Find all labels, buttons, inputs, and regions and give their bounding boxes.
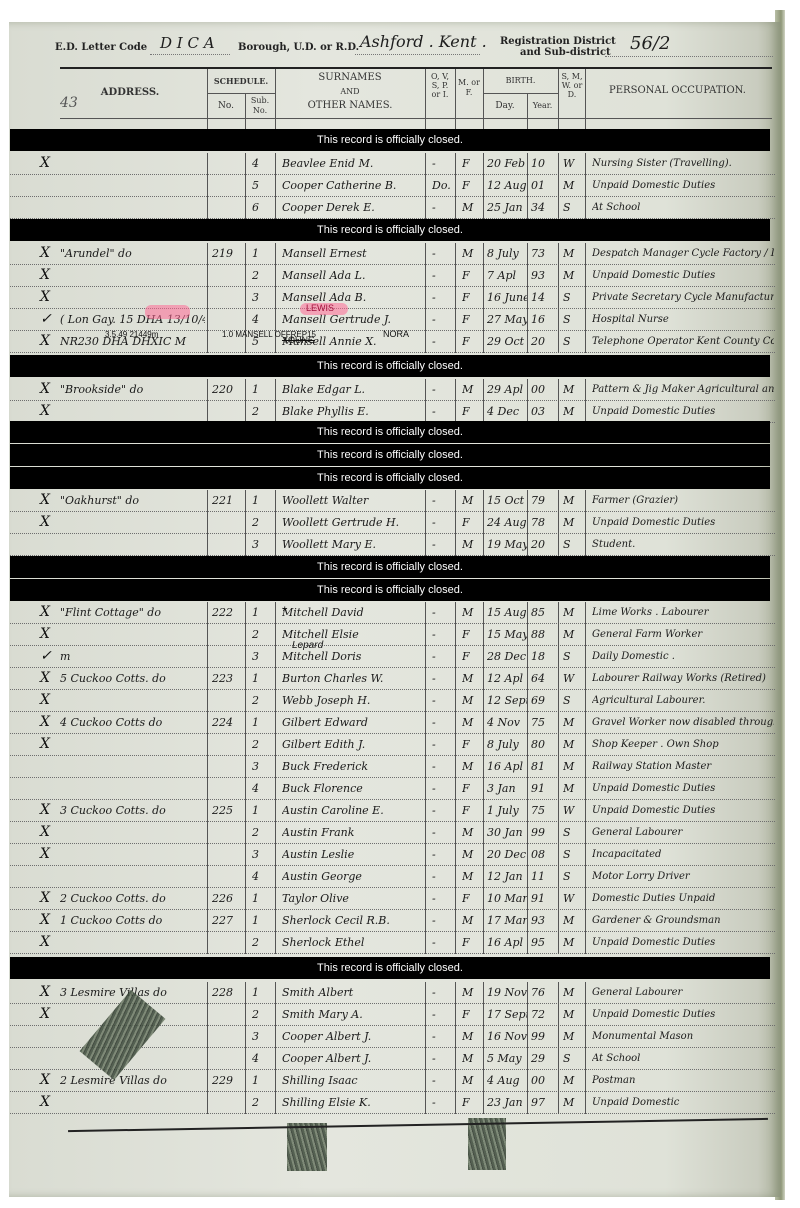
col-divider — [527, 1026, 528, 1048]
cell-no: 225 — [212, 800, 244, 822]
col-divider — [425, 175, 426, 197]
col-divider — [275, 534, 276, 556]
table-row: 2Sherlock Ethel-F16 Apl95MUnpaid Domesti… — [10, 932, 775, 954]
cell-name: Shilling Elsie K. — [282, 1092, 424, 1114]
col-divider — [585, 512, 586, 534]
cell-name: Blake Edgar L. — [282, 379, 424, 401]
cell-no — [212, 534, 244, 556]
cell-year: 75 — [531, 800, 557, 822]
cell-no — [212, 175, 244, 197]
col-divider — [275, 822, 276, 844]
cell-address: "Arundel" do — [60, 243, 205, 265]
col-divider — [275, 734, 276, 756]
cell-address: 4 Cuckoo Cotts do — [60, 712, 205, 734]
col-divider — [245, 778, 246, 800]
cell-year: 11 — [531, 866, 557, 888]
cell-occ: Incapacitated — [592, 844, 774, 866]
cell-mf: F — [462, 512, 482, 534]
col-divider — [275, 379, 276, 401]
col-divider — [455, 646, 456, 668]
col-divider — [558, 822, 559, 844]
closed-record-bar: This record is officially closed. — [10, 556, 770, 578]
col-divider — [455, 197, 456, 219]
col-divider — [585, 1026, 586, 1048]
col-divider — [483, 910, 484, 932]
col-divider — [275, 888, 276, 910]
cell-smwd: M — [563, 932, 585, 954]
col-divider — [483, 624, 484, 646]
cell-address — [60, 690, 205, 712]
cell-day: 12 Sept — [487, 690, 527, 712]
col-divider — [455, 690, 456, 712]
cell-name: Webb Joseph H. — [282, 690, 424, 712]
cell-day: 12 Jan — [487, 866, 527, 888]
cell-o: - — [432, 512, 454, 534]
reg-dots — [605, 56, 773, 57]
col-divider — [455, 512, 456, 534]
col-divider — [455, 734, 456, 756]
cell-no — [212, 624, 244, 646]
col-divider — [585, 265, 586, 287]
col-divider — [585, 822, 586, 844]
cell-mf: M — [462, 844, 482, 866]
col-divider — [425, 197, 426, 219]
cell-no: 221 — [212, 490, 244, 512]
borough-dots — [355, 54, 480, 55]
col-divider — [245, 265, 246, 287]
col-divider — [585, 800, 586, 822]
cell-no — [212, 153, 244, 175]
cell-year: 14 — [531, 287, 557, 309]
col-divider — [483, 778, 484, 800]
cell-year: 79 — [531, 490, 557, 512]
col-divider — [527, 888, 528, 910]
cell-mf: M — [462, 756, 482, 778]
col-divider — [527, 910, 528, 932]
cell-name: Smith Mary A. — [282, 1004, 424, 1026]
col-divider — [483, 331, 484, 353]
closed-record-bar: This record is officially closed. — [10, 467, 770, 489]
col-divider — [425, 778, 426, 800]
cell-year: 20 — [531, 534, 557, 556]
cell-smwd: S — [563, 646, 585, 668]
col-divider — [245, 512, 246, 534]
col-divider — [207, 1048, 208, 1070]
cell-mf: F — [462, 932, 482, 954]
checkmark-icon: X — [40, 267, 50, 283]
col-divider — [558, 866, 559, 888]
cell-mf: M — [462, 866, 482, 888]
cell-smwd: M — [563, 1026, 585, 1048]
cell-occ: General Labourer — [592, 822, 774, 844]
cell-address — [60, 932, 205, 954]
cell-occ: Nursing Sister (Travelling). — [592, 153, 774, 175]
cell-o: - — [432, 624, 454, 646]
cell-smwd: M — [563, 379, 585, 401]
col-divider — [207, 800, 208, 822]
checkmark-icon: X — [40, 1072, 50, 1088]
col-smwd: S, M, W. or D. — [560, 72, 584, 99]
col-divider — [585, 712, 586, 734]
annot-lepard: Lepard — [292, 640, 323, 651]
col-divider — [558, 175, 559, 197]
col-divider — [425, 602, 426, 624]
cell-smwd: M — [563, 712, 585, 734]
col-divider — [585, 197, 586, 219]
col-divider — [425, 624, 426, 646]
cell-smwd: S — [563, 534, 585, 556]
cell-name: Buck Florence — [282, 778, 424, 800]
cell-occ: Motor Lorry Driver — [592, 866, 774, 888]
col-divider — [245, 646, 246, 668]
cell-o: - — [432, 756, 454, 778]
col-divider — [207, 175, 208, 197]
cell-no — [212, 646, 244, 668]
cell-day: 4 Nov — [487, 712, 527, 734]
col-divider — [527, 1004, 528, 1026]
col-divider — [425, 534, 426, 556]
col-divider — [527, 712, 528, 734]
col-divider — [558, 910, 559, 932]
cell-year: 29 — [531, 1048, 557, 1070]
checkmark-icon: ✓ — [40, 311, 52, 327]
col-divider — [275, 668, 276, 690]
col-divider — [483, 1070, 484, 1092]
col-divider — [275, 844, 276, 866]
cell-smwd: S — [563, 197, 585, 219]
closed-record-bar: This record is officially closed. — [10, 957, 770, 979]
col-divider — [425, 69, 426, 129]
cell-name: Shilling Isaac — [282, 1070, 424, 1092]
col-divider — [425, 490, 426, 512]
col-divider — [245, 888, 246, 910]
checkmark-icon: X — [40, 1006, 50, 1022]
cell-name: Gilbert Edward — [282, 712, 424, 734]
table-row: 3Austin Leslie-M20 Dec08SIncapacitatedX — [10, 844, 775, 866]
col-divider — [207, 866, 208, 888]
checkmark-icon: X — [40, 155, 50, 171]
col-divider — [245, 197, 246, 219]
cell-name: Mansell Ernest — [282, 243, 424, 265]
cell-mf: M — [462, 822, 482, 844]
col-divider — [245, 243, 246, 265]
cell-sub: 2 — [252, 401, 274, 423]
col-divider — [455, 1004, 456, 1026]
cell-year: 73 — [531, 243, 557, 265]
closed-record-bar: This record is officially closed. — [10, 579, 770, 601]
cell-sub: 1 — [252, 602, 274, 624]
cell-name: Austin Caroline E. — [282, 800, 424, 822]
cell-o: - — [432, 331, 454, 353]
cell-sub: 1 — [252, 910, 274, 932]
col-divider — [207, 1092, 208, 1114]
col-divider — [207, 265, 208, 287]
cell-address — [60, 756, 205, 778]
cell-no: 224 — [212, 712, 244, 734]
cell-occ: Unpaid Domestic Duties — [592, 778, 774, 800]
col-divider — [527, 690, 528, 712]
cell-smwd: M — [563, 1070, 585, 1092]
cell-no — [212, 734, 244, 756]
col-divider — [425, 287, 426, 309]
cell-day: 16 Apl — [487, 932, 527, 954]
cell-mf: F — [462, 888, 482, 910]
col-divider — [455, 910, 456, 932]
col-divider — [483, 1026, 484, 1048]
cell-name: Blake Phyllis E. — [282, 401, 424, 423]
col-divider — [585, 756, 586, 778]
cell-o: - — [432, 153, 454, 175]
cell-mf: M — [462, 534, 482, 556]
cell-smwd: M — [563, 401, 585, 423]
cell-smwd: M — [563, 265, 585, 287]
col-divider — [207, 331, 208, 353]
cell-name: Beavlee Enid M. — [282, 153, 424, 175]
schedule-sub-rule — [207, 93, 275, 94]
col-divider — [527, 982, 528, 1004]
col-divider — [207, 287, 208, 309]
cell-address — [60, 534, 205, 556]
cell-mf: M — [462, 243, 482, 265]
col-divider — [425, 690, 426, 712]
cell-name: Woollett Mary E. — [282, 534, 424, 556]
table-row: 4Beavlee Enid M.-F20 Feb10WNursing Siste… — [10, 153, 775, 175]
col-divider — [558, 69, 559, 129]
cell-mf: F — [462, 1004, 482, 1026]
cell-o: - — [432, 734, 454, 756]
table-row: 2 Cuckoo Cotts. do2261Taylor Olive-F10 M… — [10, 888, 775, 910]
col-divider — [558, 888, 559, 910]
cell-sub: 1 — [252, 243, 274, 265]
cell-sub: 2 — [252, 1092, 274, 1114]
cell-name: Mitchell David — [282, 602, 424, 624]
cell-o: - — [432, 668, 454, 690]
col-surnames: SURNAMES — [275, 73, 425, 83]
col-divider — [558, 309, 559, 331]
cell-mf: F — [462, 287, 482, 309]
cell-day: 30 Jan — [487, 822, 527, 844]
borough-value: Ashford . Kent . — [360, 32, 487, 51]
col-divider — [455, 822, 456, 844]
col-divider — [483, 243, 484, 265]
cell-name: Smith Albert — [282, 982, 424, 1004]
cell-day: 1 July — [487, 800, 527, 822]
cell-no — [212, 401, 244, 423]
table-row: m3Mitchell Doris-F28 Dec18SDaily Domesti… — [10, 646, 775, 668]
col-divider — [245, 982, 246, 1004]
col-divider — [425, 1026, 426, 1048]
col-divider — [527, 800, 528, 822]
cell-smwd: M — [563, 602, 585, 624]
annot-offrep: 1.0 MANSELL OFFREP15 — [222, 330, 316, 339]
table-row: 2Webb Joseph H.-M12 Sept69SAgricultural … — [10, 690, 775, 712]
col-divider — [527, 287, 528, 309]
cell-o: - — [432, 712, 454, 734]
col-divider — [275, 1026, 276, 1048]
cell-occ: Monumental Mason — [592, 1026, 774, 1048]
cell-o: - — [432, 800, 454, 822]
cell-year: 00 — [531, 379, 557, 401]
col-divider — [585, 243, 586, 265]
col-sched-sub: Sub. No. — [245, 96, 275, 116]
cell-day: 19 May — [487, 534, 527, 556]
col-divider — [245, 910, 246, 932]
cell-no — [212, 866, 244, 888]
cell-no — [212, 197, 244, 219]
col-divider — [245, 309, 246, 331]
birth-sub-rule — [483, 93, 558, 94]
table-row: "Brookside" do2201Blake Edgar L.-M29 Apl… — [10, 379, 775, 401]
col-divider — [455, 175, 456, 197]
cell-o: - — [432, 401, 454, 423]
col-divider — [207, 1026, 208, 1048]
col-divider — [585, 844, 586, 866]
cell-name: Taylor Olive — [282, 888, 424, 910]
cell-name: Sherlock Ethel — [282, 932, 424, 954]
col-divider — [207, 910, 208, 932]
col-divider — [275, 624, 276, 646]
cell-year: 03 — [531, 401, 557, 423]
col-divider — [455, 401, 456, 423]
cell-o: - — [432, 243, 454, 265]
col-divider — [558, 1026, 559, 1048]
col-divider — [483, 512, 484, 534]
col-divider — [558, 331, 559, 353]
col-divider — [483, 712, 484, 734]
col-divider — [527, 534, 528, 556]
cell-name: Cooper Albert J. — [282, 1048, 424, 1070]
cell-smwd: M — [563, 778, 585, 800]
cell-sub: 1 — [252, 490, 274, 512]
cell-address — [60, 175, 205, 197]
cell-smwd: S — [563, 844, 585, 866]
col-divider — [275, 1004, 276, 1026]
col-divider — [425, 1092, 426, 1114]
cell-mf: F — [462, 1092, 482, 1114]
cell-no: 228 — [212, 982, 244, 1004]
reg-value: 56/2 — [630, 33, 670, 54]
checkmark-icon: X — [40, 670, 50, 686]
cell-day: 16 Nov — [487, 1026, 527, 1048]
cell-sub: 2 — [252, 512, 274, 534]
col-divider — [275, 756, 276, 778]
col-divider — [275, 309, 276, 331]
cell-mf: M — [462, 379, 482, 401]
col-divider — [527, 646, 528, 668]
col-divider — [275, 690, 276, 712]
col-divider — [527, 401, 528, 423]
cell-mf: F — [462, 331, 482, 353]
col-divider — [558, 197, 559, 219]
cell-year: 88 — [531, 624, 557, 646]
col-divider — [558, 778, 559, 800]
col-divider — [558, 1048, 559, 1070]
cell-mf: F — [462, 175, 482, 197]
col-divider — [483, 734, 484, 756]
closed-record-bar: This record is officially closed. — [10, 355, 770, 377]
checkmark-icon: X — [40, 289, 50, 305]
cell-occ: Domestic Duties Unpaid — [592, 888, 774, 910]
col-divider — [558, 668, 559, 690]
cell-year: 34 — [531, 197, 557, 219]
table-row: 5Cooper Catherine B.Do.F12 Aug01MUnpaid … — [10, 175, 775, 197]
cell-no — [212, 512, 244, 534]
cell-mf: F — [462, 153, 482, 175]
cell-o: - — [432, 534, 454, 556]
col-divider — [558, 646, 559, 668]
cell-day: 17 Sept — [487, 1004, 527, 1026]
col-divider — [425, 982, 426, 1004]
col-divider — [455, 756, 456, 778]
col-divider — [455, 602, 456, 624]
cell-sub: 2 — [252, 734, 274, 756]
col-divider — [425, 646, 426, 668]
checkmark-icon: X — [40, 846, 50, 862]
cell-o: - — [432, 778, 454, 800]
cell-occ: Postman — [592, 1070, 774, 1092]
col-divider — [483, 932, 484, 954]
cell-o: - — [432, 287, 454, 309]
col-divider — [585, 888, 586, 910]
cell-occ: Unpaid Domestic Duties — [592, 512, 774, 534]
cell-o: - — [432, 379, 454, 401]
closed-record-bar: This record is officially closed. — [10, 219, 770, 241]
col-divider — [558, 982, 559, 1004]
cell-mf: F — [462, 401, 482, 423]
col-divider — [207, 778, 208, 800]
cell-occ: Lime Works . Labourer — [592, 602, 774, 624]
col-divider — [275, 197, 276, 219]
cell-day: 25 Jan — [487, 197, 527, 219]
col-divider — [585, 534, 586, 556]
col-divider — [558, 800, 559, 822]
cell-occ: Private Secretary Cycle Manufacturing Fi… — [592, 287, 774, 309]
col-divider — [425, 1070, 426, 1092]
cell-day: 12 Aug — [487, 175, 527, 197]
cell-year: 93 — [531, 265, 557, 287]
col-divider — [483, 287, 484, 309]
table-row: "Arundel" do2191Mansell Ernest-M8 July73… — [10, 243, 775, 265]
cell-name: Austin George — [282, 866, 424, 888]
col-divider — [558, 602, 559, 624]
col-sched-no: No. — [207, 101, 245, 111]
cell-o: - — [432, 265, 454, 287]
col-divider — [527, 866, 528, 888]
cell-o: Do. — [432, 175, 454, 197]
cell-sub: 2 — [252, 624, 274, 646]
col-divider — [558, 512, 559, 534]
col-divider — [558, 932, 559, 954]
col-divider — [207, 602, 208, 624]
cell-sub: 1 — [252, 982, 274, 1004]
cell-year: 95 — [531, 932, 557, 954]
cell-name: Cooper Derek E. — [282, 197, 424, 219]
ed-label: E.D. Letter Code — [55, 42, 147, 53]
cell-sub: 1 — [252, 888, 274, 910]
col-divider — [527, 243, 528, 265]
cell-no — [212, 1026, 244, 1048]
cell-day: 20 Dec — [487, 844, 527, 866]
cell-name: Cooper Albert J. — [282, 1026, 424, 1048]
col-ovspi: O, V, S, P. or I. — [427, 72, 453, 99]
table-row: 3Buck Frederick-M16 Apl81MRailway Statio… — [10, 756, 775, 778]
cell-day: 8 July — [487, 734, 527, 756]
col-divider — [275, 866, 276, 888]
cell-day: 12 Apl — [487, 668, 527, 690]
cell-no — [212, 1092, 244, 1114]
cell-smwd: S — [563, 331, 585, 353]
col-day: Day. — [483, 101, 527, 111]
